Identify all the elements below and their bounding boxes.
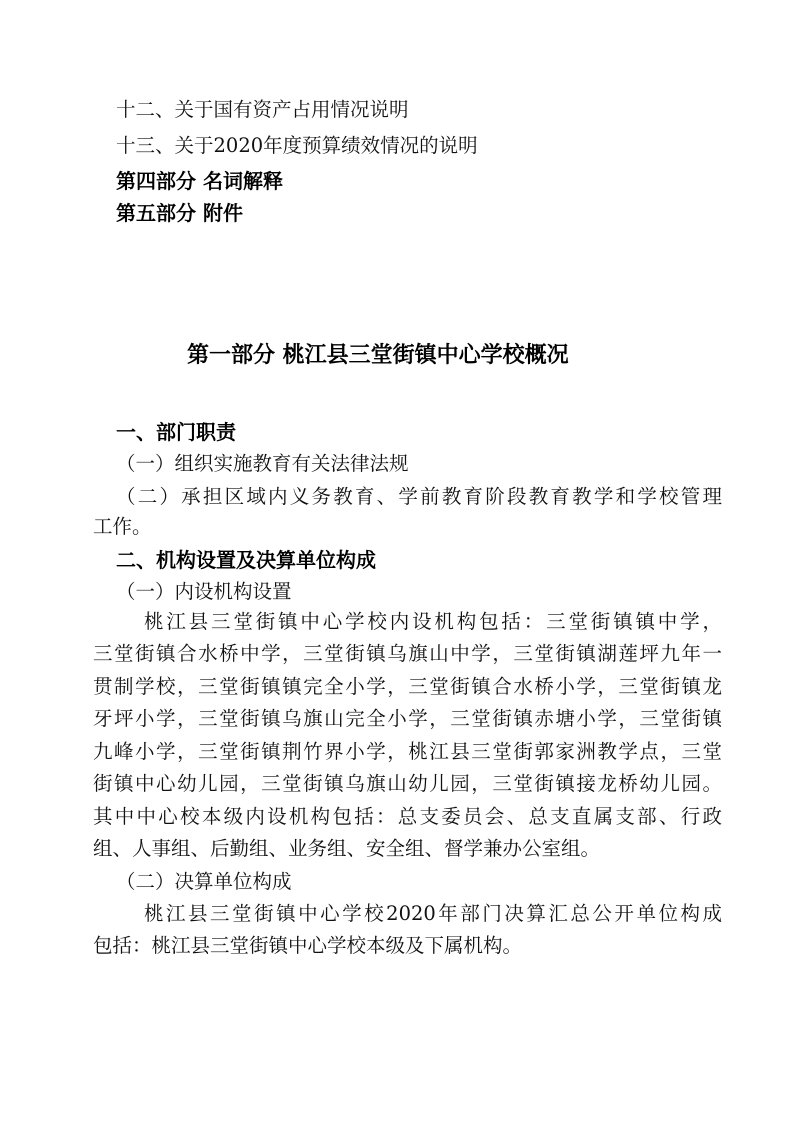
sub1-para-line: 牙坪小学，三堂街镇乌旗山完全小学，三堂街镇赤塘小学，三堂街镇 (93, 707, 722, 731)
section1-item2-line1: （二）承担区域内义务教育、学前教育阶段教育教学和学校管理 (116, 485, 722, 509)
sub1-para-line: 组、人事组、后勤组、业务组、安全组、督学兼办公室组。 (93, 837, 600, 861)
toc-item-13: 十三、关于2020年度预算绩效情况的说明 (116, 134, 478, 158)
sub2-para-line: 包括：桃江县三堂街镇中心学校本级及下属机构。 (93, 934, 522, 958)
sub1-para-line: 街镇中心幼儿园，三堂街镇乌旗山幼儿园，三堂街镇接龙桥幼儿园。 (93, 772, 722, 796)
toc-part-5: 第五部分 附件 (116, 201, 243, 225)
sub1-para-line: 贯制学校，三堂街镇镇完全小学，三堂街镇合水桥小学，三堂街镇龙 (93, 675, 722, 699)
sub2-para-line: 桃江县三堂街镇中心学校2020年部门决算汇总公开单位构成 (144, 902, 722, 926)
sub1-para-line: 其中中心校本级内设机构包括：总支委员会、总支直属支部、行政 (93, 805, 722, 829)
sub1-para-line: 桃江县三堂街镇中心学校内设机构包括：三堂街镇镇中学， (144, 610, 722, 634)
toc-item-12: 十二、关于国有资产占用情况说明 (116, 98, 409, 122)
section2-heading: 二、机构设置及决算单位构成 (116, 548, 376, 572)
part1-title: 第一部分 桃江县三堂街镇中心学校概况 (187, 344, 569, 368)
section1-item2-line2: 工作。 (93, 515, 152, 539)
section2-sub1: （一）内设机构设置 (116, 580, 292, 604)
sub1-para-line: 三堂街镇合水桥中学，三堂街镇乌旗山中学，三堂街镇湖莲坪九年一 (93, 642, 722, 666)
section1-item1: （一）组织实施教育有关法律法规 (116, 452, 409, 476)
section2-sub2: （二）决算单位构成 (116, 870, 292, 894)
sub1-para-line: 九峰小学，三堂街镇荆竹界小学，桃江县三堂街郭家洲教学点，三堂 (93, 740, 722, 764)
section1-heading: 一、部门职责 (116, 420, 236, 444)
toc-part-4: 第四部分 名词解释 (116, 169, 283, 193)
